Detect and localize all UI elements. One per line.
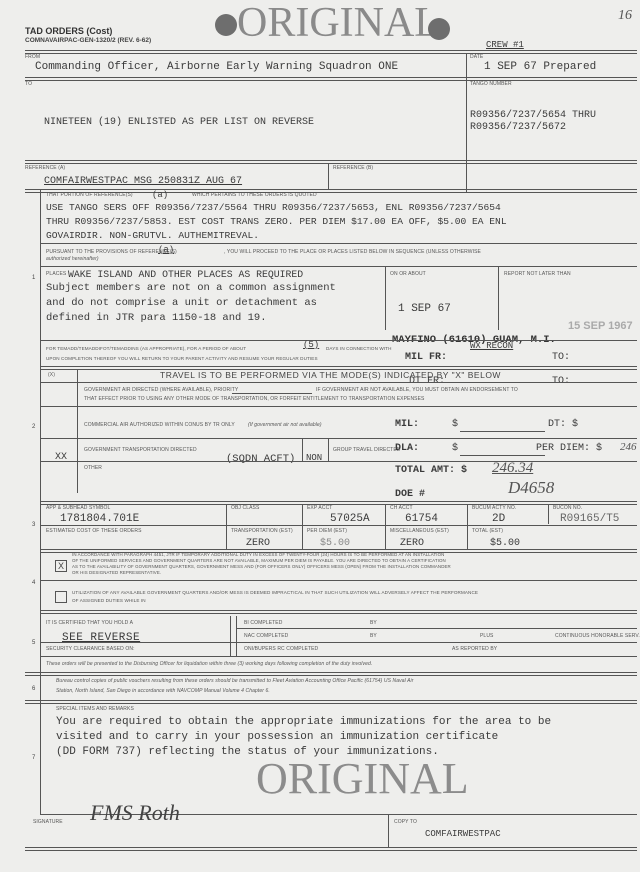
cert-label: IT IS CERTIFIED THAT YOU HOLD A — [46, 621, 133, 627]
impractical-checkbox[interactable] — [55, 591, 67, 603]
tango-line2: R09356/7237/5672 — [470, 122, 566, 133]
remark-line3: defined in JTR para 1150-18 and 19. — [46, 312, 267, 324]
priority-blank — [232, 393, 312, 394]
impractical-text-2: OF ASSIGNED DUTIES WHILE IN — [72, 598, 146, 603]
oni-label: ONI/BUPERS RC COMPLETED — [244, 647, 318, 653]
quoted-line2: THRU R09356/7237/5853. EST COST TRANS ZE… — [46, 216, 507, 227]
remarks-line2: visited and to carry in your possession … — [56, 731, 498, 743]
divider — [498, 266, 499, 330]
divider — [548, 504, 549, 524]
pursuant-label-post2: authorized hereinafter) — [46, 257, 99, 263]
period-label-post: DAYS IN CONNECTION WITH — [326, 346, 392, 351]
divider — [385, 266, 386, 330]
plus-label: PLUS — [480, 634, 493, 640]
remarks-line1: You are required to obtain the appropria… — [56, 716, 551, 728]
report-not-later-label: REPORT NOT LATER THAN — [504, 272, 571, 278]
clearance-label: SECURITY CLEARANCE BASED ON: — [46, 647, 135, 653]
total-amt-value: 246.34 — [492, 460, 533, 477]
app-label: APP & SUBHEAD SYMBOL — [46, 506, 110, 512]
remark-line2: and do not comprise a unit or detachment… — [46, 297, 317, 309]
copy-to-value: COMFAIRWESTPAC — [425, 829, 501, 839]
divider — [388, 814, 389, 848]
connection-value: WX RECON — [470, 341, 513, 351]
mil-fr-label: MIL FR: — [405, 352, 447, 363]
row-number: 4 — [32, 580, 35, 586]
divider — [302, 438, 303, 461]
x-column-header: (x) — [48, 373, 55, 379]
bucum-value: 2D — [492, 513, 505, 525]
divider — [40, 642, 637, 643]
divider — [40, 580, 637, 581]
quoted-label-pre: THAT PORTION OF REFERENCE(S) — [46, 193, 133, 199]
ch-acct-label: CH ACCT — [390, 506, 413, 512]
punch-hole-left — [215, 14, 237, 36]
voucher-note-1: Bureau control copies of public vouchers… — [56, 679, 414, 685]
gtd-value: (SQDN ACFT) — [226, 453, 295, 465]
date-label: DATE — [470, 55, 483, 61]
total-est-value: $5.00 — [490, 538, 520, 549]
divider — [40, 266, 637, 267]
exp-acct-value: 57025A — [330, 513, 370, 525]
nac-completed-label: NAC COMPLETED — [244, 634, 288, 640]
quoted-ref: (a) — [152, 190, 168, 200]
divider — [40, 438, 637, 439]
punch-hole-right — [428, 18, 450, 40]
voucher-note-2: Station, North Island, San Diego in acco… — [56, 689, 270, 695]
divider — [40, 340, 637, 341]
period-days: (5) — [303, 340, 319, 350]
group-travel-label: GROUP TRAVEL DIRECTED — [333, 448, 400, 454]
dla-blank — [460, 455, 545, 456]
gov-air-text2: IF GOVERNMENT AIR NOT AVAILABLE, YOU MUS… — [316, 388, 518, 394]
remark-line1: Subject members are not on a common assi… — [46, 282, 336, 294]
copy-to-label: COPY TO — [394, 820, 417, 826]
reference-b-label: REFERENCE (b) — [333, 166, 373, 172]
original-stamp-top: ORIGINAL — [237, 2, 440, 44]
signature-value: FMS Roth — [90, 800, 180, 826]
mil-label: MIL: — [395, 419, 419, 430]
divider — [466, 53, 467, 193]
divider — [230, 616, 231, 656]
date-stamp: 15 SEP 1967 — [568, 320, 633, 332]
per-diem-est-label: PER DIEM (est) — [307, 529, 347, 535]
misc-value: ZERO — [400, 538, 424, 549]
divider — [25, 77, 637, 81]
mil-amount: $ — [452, 419, 458, 430]
divider — [25, 847, 637, 851]
reported-by-label: AS REPORTED BY — [452, 647, 497, 653]
on-or-about-value: 1 SEP 67 — [398, 303, 451, 315]
transportation-value: ZERO — [246, 538, 270, 549]
by-label-2: BY — [370, 634, 377, 640]
doe-value: D4658 — [508, 478, 554, 498]
tango-label: TANGO NUMBER — [470, 82, 512, 88]
obj-class-label: OBJ CLASS — [231, 506, 259, 512]
pursuant-label-post: , YOU WILL PROCEED TO THE PLACE OR PLACE… — [224, 250, 481, 256]
divider — [226, 504, 227, 549]
row-number: 5 — [32, 640, 35, 646]
from-value: Commanding Officer, Airborne Early Warni… — [35, 61, 398, 73]
divider — [40, 525, 637, 526]
misc-label: MISCELLANEOUS (est) — [390, 529, 449, 535]
dla-label: DLA: — [395, 443, 419, 454]
divider — [40, 461, 637, 462]
per-diem-est-value: $5.00 — [320, 538, 350, 549]
form-title: TAD ORDERS (Cost) — [25, 26, 112, 36]
divider — [40, 656, 637, 657]
bi-completed-label: BI COMPLETED — [244, 621, 282, 627]
dla-amount: $ — [452, 443, 458, 454]
tango-line1: R09356/7237/5654 THRU — [470, 110, 596, 121]
period-label-pre: FOR TEMADD/TEMADDIFOT/TEMADDINS (as appr… — [46, 346, 246, 351]
dt-amount-label: DT: $ — [548, 419, 578, 430]
return-label: UPON COMPLETION THEREOF YOU WILL RETURN … — [46, 356, 318, 361]
total-est-label: TOTAL (est) — [472, 529, 503, 535]
page-number: 16 — [618, 8, 632, 24]
row-number: 1 — [32, 275, 35, 281]
estimated-cost-label: ESTIMATED COST OF THESE ORDERS — [46, 529, 142, 535]
row-number: 3 — [32, 522, 35, 528]
gov-air-text1: GOVERNMENT AIR DIRECTED (Where Available… — [84, 388, 238, 394]
from-label: FROM — [25, 55, 40, 61]
date-value: 1 SEP 67 Prepared — [484, 61, 596, 73]
divider — [236, 616, 237, 656]
bucon-label: BUCON NO. — [553, 506, 582, 512]
other-label: OTHER — [84, 466, 102, 472]
to-value: NINETEEN (19) ENLISTED AS PER LIST ON RE… — [44, 117, 314, 128]
form-number: COMNAVAIRPAC-GEN-1320/2 (REV. 6-62) — [25, 37, 151, 44]
travel-header: TRAVEL IS TO BE PERFORMED VIA THE MODE(S… — [160, 370, 501, 380]
divider — [25, 672, 637, 676]
bucon-value: R09165/T5 — [560, 513, 619, 525]
places-value: WAKE ISLAND AND OTHER PLACES AS REQUIRED — [68, 269, 303, 280]
divider — [25, 160, 637, 164]
gov-air-text3: THAT EFFECT PRIOR TO USING ANY OTHER MOD… — [84, 397, 425, 403]
per-diem-label: PER DIEM: $ — [536, 443, 602, 454]
special-items-label: SPECIAL ITEMS AND REMARKS — [56, 707, 134, 713]
app-value: 1781804.701E — [60, 513, 139, 525]
mil-blank — [460, 431, 545, 432]
mil-to-label: TO: — [552, 352, 570, 363]
crew-label: CREW #1 — [486, 40, 524, 50]
divider — [77, 369, 78, 493]
commercial-air-text: COMMERCIAL AIR AUTHORIZED WITHIN CONUS B… — [84, 423, 235, 429]
bucum-label: BUCUM ACTY NO. — [472, 506, 516, 512]
divider — [25, 50, 637, 54]
row-number: 6 — [32, 686, 35, 692]
divider — [467, 504, 468, 549]
total-amt-label: TOTAL AMT: $ — [395, 465, 467, 476]
divider — [40, 243, 637, 244]
reference-a-label: REFERENCE (a) — [25, 166, 65, 172]
quoted-label-post: WHICH PERTAINS TO THESE ORDERS IS QUOTED — [192, 193, 317, 199]
on-or-about-label: ON OR ABOUT — [390, 272, 426, 278]
divider — [236, 628, 637, 629]
ch-acct-value: 61754 — [405, 513, 438, 525]
divider — [328, 438, 329, 461]
disbursing-note: These orders will be presented to the Di… — [46, 662, 372, 668]
continuous-service-label: CONTINUOUS HONORABLE SERV... — [555, 634, 640, 640]
places-label: PLACES — [46, 272, 66, 278]
to-label: TO — [25, 82, 32, 88]
by-label-1: BY — [370, 621, 377, 627]
gtd-text: GOVERNMENT TRANSPORTATION DIRECTED — [84, 448, 197, 454]
divider — [302, 504, 303, 549]
divider — [40, 610, 637, 614]
row-number: 7 — [32, 755, 35, 761]
impractical-text-1: UTILIZATION OF ANY AVAILABLE GOVERNMENT … — [72, 590, 478, 595]
commercial-air-note: (If government air not available) — [248, 423, 322, 429]
quarters-checkbox[interactable]: X — [55, 560, 67, 572]
quoted-line3: GOVAIRDIR. NON-GRUTVL. AUTHEMITREVAL. — [46, 230, 259, 241]
reference-a-value: COMFAIRWESTPAC MSG 250831Z AUG 67 — [44, 176, 242, 187]
original-stamp-bottom: ORIGINAL — [256, 756, 469, 802]
row-number: 2 — [32, 424, 35, 430]
divider — [40, 406, 637, 407]
transportation-label: TRANSPORTATION (est) — [231, 529, 293, 535]
quoted-line1: USE TANGO SERS OFF R09356/7237/5564 THRU… — [46, 202, 501, 213]
quarters-text-4: OR HIS DESIGNATED REPRESENTATIVE. — [72, 571, 161, 576]
divider — [25, 700, 637, 704]
divider — [385, 504, 386, 549]
divider — [40, 382, 637, 383]
divider — [328, 163, 329, 189]
signature-label: SIGNATURE — [33, 820, 63, 826]
doe-label: DOE # — [395, 489, 425, 500]
pursuant-ref: (a) — [158, 245, 174, 255]
exp-acct-label: EXP ACCT — [307, 506, 332, 512]
per-diem-value: 246 — [620, 441, 637, 453]
